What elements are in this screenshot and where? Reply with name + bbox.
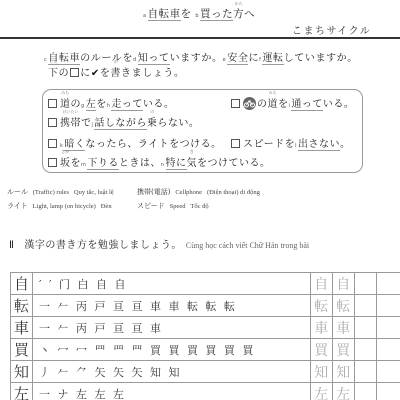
- checklist-item-speed[interactable]: スピードをl出さない。: [231, 135, 351, 150]
- intro-line-2: した下のに✔をか書きましょう。: [48, 64, 185, 79]
- practice-cell[interactable]: [354, 383, 376, 400]
- practice-cell[interactable]: [376, 361, 400, 383]
- marker-c: c: [44, 57, 47, 63]
- marker-n: n: [161, 162, 165, 168]
- trace-guide[interactable]: 左: [332, 383, 354, 400]
- vocab-en: Cellphone: [175, 189, 202, 196]
- intro-text: を: [100, 68, 111, 79]
- vocab-row-3: ライト Light, lamp (on bicycle) Đèn: [7, 201, 112, 211]
- practice-cell[interactable]: [376, 339, 400, 361]
- practice-cell[interactable]: [354, 295, 376, 317]
- checklist-item-slope[interactable]: さか坂をm下りるときは、n特にき気をつけている。: [48, 154, 271, 169]
- checkbox[interactable]: [48, 158, 57, 167]
- marker-b: b: [195, 13, 199, 19]
- marker-l: l: [295, 143, 297, 149]
- practice-cell[interactable]: [354, 317, 376, 339]
- table-row: 知 丿 𠂉 ⺈ 矢 矢 矢 知 知 知 知: [11, 361, 400, 383]
- item-word-left: 左: [86, 99, 97, 111]
- author-name: こまちサイクル: [292, 22, 371, 37]
- intro-word-safe: 安全: [227, 53, 248, 65]
- vocab-vi: Tốc độ: [190, 203, 208, 210]
- trace-guide[interactable]: 自: [310, 273, 332, 295]
- trace-guide[interactable]: 買: [332, 339, 354, 361]
- intro-text: のルールを: [80, 53, 133, 64]
- item-text: をつけている。: [197, 158, 271, 169]
- stroke-order: 一 ナ 左 左 左: [32, 383, 310, 400]
- table-row: 左 一 ナ 左 左 左 左 左: [11, 383, 400, 400]
- marker-m: m: [81, 162, 86, 168]
- marker-a: a: [143, 13, 147, 19]
- kanji-shita: した下: [48, 64, 59, 79]
- practice-cell[interactable]: [354, 339, 376, 361]
- practice-cell[interactable]: [376, 317, 400, 339]
- intro-word-drive: 運転: [262, 53, 283, 65]
- kanji-saka: さか坂: [60, 154, 71, 169]
- kanji-char: 車: [11, 317, 33, 339]
- kanji-char: 左: [11, 383, 33, 400]
- bicycle-sign-icon: [243, 97, 256, 110]
- title-kanji-kata: かた方: [233, 6, 244, 21]
- title-word-bicycle: 自転車: [148, 8, 181, 21]
- practice-cell[interactable]: [354, 361, 376, 383]
- vocab-en: Light, lamp (on bicycle): [33, 203, 96, 210]
- kanji-practice-table: 自 ′ ′ 门 白 自 自 自 自 転 一 𠂉 丙 戸 亘 亘 車 車 転 転 …: [10, 272, 400, 400]
- checklist-item-light[interactable]: k暗くなったら、ライトをつける。: [48, 135, 222, 150]
- section-title: 漢字の書き方を勉強しましょう。: [24, 240, 182, 251]
- kanji-ki: き気: [187, 154, 198, 169]
- table-row: 車 一 𠂉 丙 戸 亘 亘 車 車 車: [11, 317, 400, 339]
- intro-text: に: [248, 53, 259, 64]
- vocab-row-2: 携帯(電話) Cellphone (Điện thoại) di động: [137, 187, 260, 197]
- item-text: の: [257, 99, 268, 110]
- item-word-pass: 通って: [291, 99, 323, 111]
- item-word-talking: 話しながら: [94, 118, 147, 130]
- trace-guide[interactable]: 車: [332, 317, 354, 339]
- stroke-order: 一 𠂉 丙 戸 亘 亘 車: [32, 317, 310, 339]
- trace-guide[interactable]: 車: [310, 317, 332, 339]
- trace-guide[interactable]: 自: [332, 273, 354, 295]
- title-word-bought: 買った: [200, 8, 233, 21]
- vocab-jp: 携帯(電話): [137, 188, 170, 196]
- trace-guide[interactable]: 転: [310, 295, 332, 317]
- stroke-order: 丶 冖 冖 罒 罒 罒 買 買 買 買 買 買: [32, 339, 310, 361]
- section-number: Ⅱ: [9, 240, 14, 251]
- kanji-no: の乗: [147, 114, 158, 129]
- vocab-row-1: ルール (Traffic) rules Quy tắc, luật lệ: [7, 187, 114, 197]
- item-text: で: [81, 118, 92, 129]
- checklist-item-left-side[interactable]: みち道のg左をh走っている。: [48, 95, 174, 110]
- title-particle: を: [181, 8, 192, 20]
- vocab-jp: ライト: [7, 202, 28, 210]
- kanji-michi: みち道: [268, 95, 279, 110]
- item-word-not-exceed: 出さない: [298, 139, 340, 151]
- intro-line-1: c自転車のルールをd知っていますか。e安全にf運転していますか。: [44, 49, 358, 64]
- kanji-keitai: けいたい携帯: [60, 114, 81, 129]
- kanji-kaku: か書: [110, 64, 121, 79]
- marker-h: h: [107, 103, 111, 109]
- checklist-item-cellphone[interactable]: けいたい携帯でj話しながらの乗らない。: [48, 114, 199, 129]
- kanji-char: 自: [11, 273, 33, 295]
- kanji-michi: みち道: [60, 95, 71, 110]
- marker-g: g: [81, 103, 85, 109]
- table-row: 買 丶 冖 冖 罒 罒 罒 買 買 買 買 買 買 買 買: [11, 339, 400, 361]
- marker-d: d: [133, 57, 137, 63]
- section-title-vi: Cùng học cách viết Chữ Hán trong bài: [186, 241, 309, 250]
- practice-cell[interactable]: [354, 273, 376, 295]
- checklist-item-bike-path[interactable]: のみち道をi通っている。: [231, 95, 354, 110]
- vocab-en: (Traffic) rules: [33, 189, 69, 196]
- item-text: らない。: [157, 118, 199, 129]
- stroke-order: 一 𠂉 丙 戸 亘 亘 車 車 転 転 転: [32, 295, 310, 317]
- square-icon: [70, 68, 79, 77]
- trace-guide[interactable]: 買: [310, 339, 332, 361]
- kanji-char: 転: [11, 295, 33, 317]
- checkbox[interactable]: [48, 139, 57, 148]
- vocab-vi: (Điện thoại) di động: [207, 189, 260, 196]
- marker-e: e: [223, 57, 227, 63]
- checkmark-icon: ✔: [91, 68, 100, 79]
- vocab-vi: Đèn: [101, 203, 112, 210]
- intro-text: きましょう。: [121, 68, 185, 79]
- header-divider: [0, 37, 400, 39]
- vocab-jp: スピード: [137, 202, 165, 210]
- item-text: を: [71, 158, 82, 169]
- item-text: ときは、: [119, 158, 161, 169]
- checkbox[interactable]: [231, 99, 240, 108]
- item-word-run: 走って: [111, 99, 143, 111]
- trace-guide[interactable]: 知: [332, 361, 354, 383]
- worksheet-title: a自転車を b買ったかた方へ: [143, 6, 255, 21]
- item-word-descend: 下りる: [87, 158, 119, 170]
- trace-guide[interactable]: 左: [310, 383, 332, 400]
- checkbox[interactable]: [48, 99, 57, 108]
- stroke-order: 丿 𠂉 ⺈ 矢 矢 矢 知 知: [32, 361, 310, 383]
- intro-text: の: [59, 68, 70, 79]
- checkbox[interactable]: [48, 118, 57, 127]
- trace-guide[interactable]: 知: [310, 361, 332, 383]
- item-text: スピードを: [243, 139, 295, 150]
- vocab-en: Speed: [170, 203, 186, 210]
- vocab-jp: ルール: [7, 188, 28, 196]
- item-text: を: [96, 99, 107, 110]
- table-row: 転 一 𠂉 丙 戸 亘 亘 車 車 転 転 転 転 転: [11, 295, 400, 317]
- title-end: へ: [244, 8, 255, 20]
- practice-cell[interactable]: [376, 273, 400, 295]
- kanji-char: 知: [11, 361, 33, 383]
- practice-cell[interactable]: [376, 295, 400, 317]
- item-text: いる。: [143, 99, 175, 110]
- item-text: なったら、ライトをつける。: [85, 139, 221, 150]
- intro-text: いますか。: [170, 53, 223, 64]
- trace-guide[interactable]: 転: [332, 295, 354, 317]
- practice-cell[interactable]: [376, 383, 400, 400]
- intro-text: に: [80, 68, 91, 79]
- item-text: いる。: [323, 99, 355, 110]
- item-text: を: [278, 99, 289, 110]
- checkbox[interactable]: [231, 139, 240, 148]
- stroke-order: ′ ′ 门 白 自 自: [32, 273, 310, 295]
- item-word-especially: 特に: [166, 158, 187, 170]
- kanji-char: 買: [11, 339, 33, 361]
- vocab-vi: Quy tắc, luật lệ: [74, 189, 114, 196]
- table-row: 自 ′ ′ 门 白 自 自 自 自: [11, 273, 400, 295]
- item-text: 。: [340, 139, 351, 150]
- section-2-heading: Ⅱ漢字の書き方を勉強しましょう。Cùng học cách viết Chữ H…: [9, 236, 309, 251]
- vocab-row-4: スピード Speed Tốc độ: [137, 201, 209, 211]
- intro-text: していますか。: [284, 53, 358, 64]
